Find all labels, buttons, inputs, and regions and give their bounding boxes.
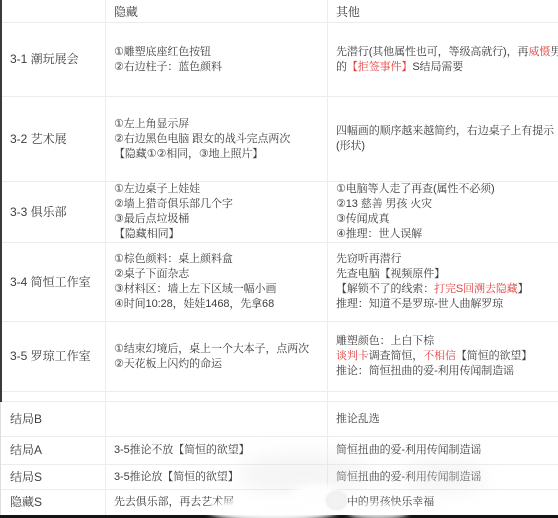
cell-line: ①雕塑底座红色按钮 (114, 45, 323, 60)
cell-row-label: 3-5 罗琼工作室 (0, 322, 105, 391)
cell-line: ②桌子下面杂志 (114, 267, 323, 282)
cell-line: ②13 慈善 男孩 火灾 (336, 197, 554, 212)
cell-line: 简恒扭曲的爱-利用传闻制造谣 (336, 470, 554, 485)
cell-line: 3-1 潮玩展会 (10, 52, 101, 67)
cell-other: 推论乱选 (327, 402, 558, 436)
cell-line: 推论乱选 (336, 412, 554, 427)
highlighted-text: 不相信 (423, 350, 456, 362)
cell-line: 3-5 罗琼工作室 (10, 349, 101, 364)
guide-table-screenshot: 隐藏 其他 3-1 潮玩展会①雕塑底座红色按钮②右边柱子：蓝色颜料先潜行(其他属… (0, 0, 558, 518)
highlighted-text: 打完S回溯去隐藏 (434, 283, 518, 295)
cell-line: 结局S (10, 470, 101, 485)
header-cell-empty (0, 0, 105, 22)
cell-line: 3-2 艺术展 (10, 132, 101, 147)
cell-line: ④时间10:28，娃娃1468，先拿68 (114, 297, 323, 312)
cell-line: 推理：知道不是罗琼-世人曲解罗琼 (336, 297, 554, 312)
plain-text: S结局需要 (412, 61, 463, 73)
table-row: 结局A3-5推论不放【简恒的欲望】简恒扭曲的爱-利用传闻制造谣 (0, 437, 558, 465)
cell-line: 【解锁不了的线索：打完S回溯去隐藏】 (336, 282, 554, 297)
cell-hidden: ①左上角显示屏②右边黑色电脑 跟女的战斗完点两次【隐藏①②相同，③地上照片】 (105, 97, 327, 181)
cell-line: ①电脑等人走了再查(属性不必须) (336, 182, 554, 197)
cell-hidden: ①左边桌子上娃娃②墙上猎奇俱乐部几个字③最后点垃圾桶【隐藏相同】 (105, 182, 327, 242)
cell-other: 简恒扭曲的爱-利用传闻制造谣 (327, 465, 558, 489)
cell-line: ②右边黑色电脑 跟女的战斗完点两次 (114, 132, 323, 147)
cell-hidden: ①结束幻境后，桌上一个大本子，点两次②天花板上闪灼的命运 (105, 322, 327, 391)
table-row: 3-4 简恒工作室①棕色颜料：桌上颜料盒②桌子下面杂志③材料区：墙上左下区域一幅… (0, 243, 558, 322)
cell-line: 雕塑颜色：上白下棕 (336, 334, 554, 349)
cell-line: ①棕色颜料：桌上颜料盒 (114, 252, 323, 267)
cell-row-label: 结局B (0, 402, 105, 436)
cell-line: 隐藏S (10, 495, 101, 510)
cell-row-label: 3-2 艺术展 (0, 97, 105, 181)
cell-row-label: 3-1 潮玩展会 (0, 23, 105, 96)
cell-line: 中的男孩快乐幸福 (336, 495, 554, 510)
cell-row-label: 隐藏S (0, 490, 105, 515)
cell-line: 3-5推论放【简恒的欲望】 (114, 470, 323, 485)
cell-other: ①电脑等人走了再查(属性不必须)②13 慈善 男孩 火灾③传闻成真④推理：世人误… (327, 182, 558, 242)
cell-line: ③传闻成真 (336, 212, 554, 227)
cell-other: 简恒扭曲的爱-利用传闻制造谣 (327, 437, 558, 464)
plain-text: 先潜行(其他属性也可，等级高就行)，再 (336, 46, 528, 58)
cell-line: 3-3 俱乐部 (10, 205, 101, 220)
cell-line: ③材料区：墙上左下区域一幅小画 (114, 282, 323, 297)
plain-text: 【简恒的欲望】 (456, 350, 532, 362)
cell-line: 先去俱乐部，再去艺术展 (114, 495, 323, 510)
cell-line: ②右边柱子：蓝色颜料 (114, 60, 323, 75)
cell-hidden: ①棕色颜料：桌上颜料盒②桌子下面杂志③材料区：墙上左下区域一幅小画④时间10:2… (105, 243, 327, 321)
cell-line: (形状) (336, 139, 554, 154)
cell-row-label: 3-3 俱乐部 (0, 182, 105, 242)
cell-line: 的【拒签事件】S结局需要 (336, 60, 554, 75)
cell-other: 雕塑颜色：上白下棕谈判卡调查简恒，不相信【简恒的欲望】推论：简恒扭曲的爱-利用传… (327, 322, 558, 391)
header-cell-other: 其他 (327, 0, 558, 22)
cell-line: ③最后点垃圾桶 (114, 212, 323, 227)
plain-text: 调查简恒， (369, 350, 424, 362)
cell-line: 结局B (10, 412, 101, 427)
cell-line: ①左边桌子上娃娃 (114, 182, 323, 197)
cell-hidden: 3-5推论不放【简恒的欲望】 (105, 437, 327, 464)
cell-line: ④推理：世人误解 (336, 227, 554, 242)
cell-line: ②天花板上闪灼的命运 (114, 357, 323, 372)
cell-hidden: 3-5推论放【简恒的欲望】 (105, 465, 327, 489)
cell-other: 先潜行(其他属性也可，等级高就行)，再威慑男的【拒签事件】S结局需要 (327, 23, 558, 96)
cell-other: 先窃听再潜行先查电脑【视频原件】【解锁不了的线索：打完S回溯去隐藏】推理：知道不… (327, 243, 558, 321)
table-row: 3-5 罗琼工作室①结束幻境后，桌上一个大本子，点两次②天花板上闪灼的命运雕塑颜… (0, 322, 558, 392)
highlighted-text: 威慑 (528, 46, 550, 58)
cell-row-label: 3-4 简恒工作室 (0, 243, 105, 321)
cell-line: 先潜行(其他属性也可，等级高就行)，再威慑男 (336, 45, 554, 60)
table-row: 结局S3-5推论放【简恒的欲望】简恒扭曲的爱-利用传闻制造谣 (0, 465, 558, 490)
header-cell-hidden: 隐藏 (105, 0, 327, 22)
table-row: 结局B推论乱选 (0, 402, 558, 437)
cell-line: 【隐藏①②相同，③地上照片】 (114, 147, 323, 162)
table-left-border (0, 0, 2, 402)
table-row: 3-3 俱乐部①左边桌子上娃娃②墙上猎奇俱乐部几个字③最后点垃圾桶【隐藏相同】①… (0, 182, 558, 243)
table-spacer-row (0, 392, 558, 402)
table-row: 3-1 潮玩展会①雕塑底座红色按钮②右边柱子：蓝色颜料先潜行(其他属性也可，等级… (0, 23, 558, 97)
cell-line: ①左上角显示屏 (114, 117, 323, 132)
highlighted-text: 谈判卡 (336, 350, 369, 362)
cell-line: 先查电脑【视频原件】 (336, 267, 554, 282)
highlighted-text: 【拒签事件】 (347, 61, 412, 73)
cell-row-label: 结局A (0, 437, 105, 464)
cell-line: 结局A (10, 443, 101, 458)
cell-line: 【隐藏相同】 (114, 227, 323, 242)
cell-row-label (0, 392, 105, 401)
cell-hidden (105, 392, 327, 401)
table-header-row: 隐藏 其他 (0, 0, 558, 23)
cell-line: ②墙上猎奇俱乐部几个字 (114, 197, 323, 212)
cell-other: 四幅画的顺序越来越简约，右边桌子上有提示(形状) (327, 97, 558, 181)
cell-line: 四幅画的顺序越来越简约，右边桌子上有提示 (336, 124, 554, 139)
table-row: 3-2 艺术展①左上角显示屏②右边黑色电脑 跟女的战斗完点两次【隐藏①②相同，③… (0, 97, 558, 182)
plain-text: 的 (336, 61, 347, 73)
cell-line: 先窃听再潜行 (336, 252, 554, 267)
cell-hidden: ①雕塑底座红色按钮②右边柱子：蓝色颜料 (105, 23, 327, 96)
cell-line: 谈判卡调查简恒，不相信【简恒的欲望】 (336, 349, 554, 364)
plain-text: 【解锁不了的线索： (336, 283, 434, 295)
cell-other (327, 392, 558, 401)
table-left-border-lower (0, 402, 1, 515)
cell-line: 推论：简恒扭曲的爱-利用传闻制造谣 (336, 364, 554, 379)
cell-line: 3-5推论不放【简恒的欲望】 (114, 443, 323, 458)
cell-line: ①结束幻境后，桌上一个大本子，点两次 (114, 342, 323, 357)
cell-hidden: 先去俱乐部，再去艺术展 (105, 490, 327, 515)
cell-row-label: 结局S (0, 465, 105, 489)
guide-table: 隐藏 其他 3-1 潮玩展会①雕塑底座红色按钮②右边柱子：蓝色颜料先潜行(其他属… (0, 0, 558, 516)
table-row: 隐藏S先去俱乐部，再去艺术展 中的男孩快乐幸福 (0, 490, 558, 516)
cell-hidden (105, 402, 327, 436)
cell-other: 中的男孩快乐幸福 (327, 490, 558, 515)
plain-text: 】 (518, 283, 529, 295)
plain-text: 男 (550, 46, 558, 58)
cell-line: 3-4 简恒工作室 (10, 275, 101, 290)
cell-line: 简恒扭曲的爱-利用传闻制造谣 (336, 443, 554, 458)
